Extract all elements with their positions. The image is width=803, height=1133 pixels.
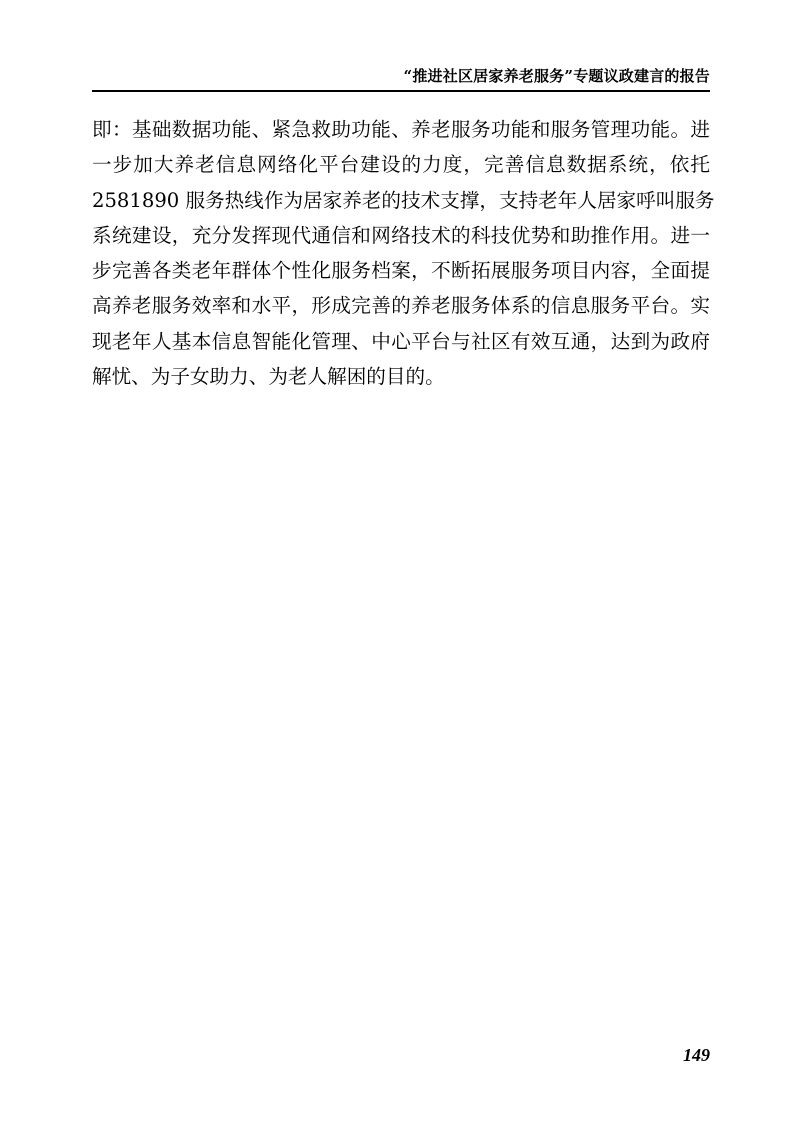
- text-line: 解忧、为子女助力、为老人解困的目的。: [92, 359, 710, 394]
- text-line: 系统建设，充分发挥现代通信和网络技术的科技优势和助推作用。进一: [92, 218, 710, 253]
- page-number: 149: [683, 1045, 710, 1065]
- body-paragraph: 即：基础数据功能、紧急救助功能、养老服务功能和服务管理功能。进 一步加大养老信息…: [92, 112, 710, 394]
- text-line: 一步加大养老信息网络化平台建设的力度，完善信息数据系统，依托: [92, 147, 710, 182]
- text-line: 2581890 服务热线作为居家养老的技术支撑，支持老年人居家呼叫服务: [92, 183, 710, 218]
- running-header: “推进社区居家养老服务”专题议政建言的报告: [92, 66, 710, 86]
- text-line: 步完善各类老年群体个性化服务档案，不断拓展服务项目内容，全面提: [92, 253, 710, 288]
- text-line: 高养老服务效率和水平，形成完善的养老服务体系的信息服务平台。实: [92, 288, 710, 323]
- text-line: 即：基础数据功能、紧急救助功能、养老服务功能和服务管理功能。进: [92, 112, 710, 147]
- text-line: 现老年人基本信息智能化管理、中心平台与社区有效互通，达到为政府: [92, 324, 710, 359]
- header-rule: [92, 90, 710, 92]
